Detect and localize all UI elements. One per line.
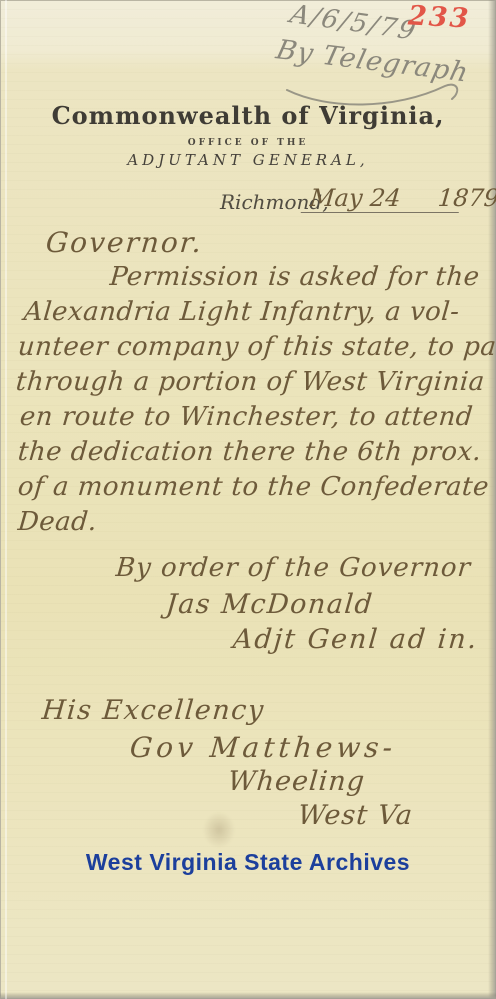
letterhead-office-line: OFFICE OF THE <box>0 138 496 148</box>
addressee-line: Gov Matthews- <box>129 731 398 764</box>
closing-line: By order of the Governor <box>115 553 473 583</box>
letterhead-title: Commonwealth of Virginia, <box>0 101 496 130</box>
signer-title: Adjt Genl ad in. <box>232 624 480 655</box>
body-line: Dead. <box>17 507 99 537</box>
dateline: Richmond, May 24 1879 <box>220 184 494 218</box>
body-line: Permission is asked for the <box>109 262 481 292</box>
body-line: en route to Winchester, to attend <box>19 402 475 432</box>
body-line: unteer company of this state, to pass <box>17 332 496 362</box>
archive-stamp: West Virginia State Archives <box>0 849 496 876</box>
body-line: through a portion of West Virginia <box>15 367 486 397</box>
scanned-letter-page: A/6/5/79 By Telegraph 233 Commonwealth o… <box>0 0 496 999</box>
addressee-line: West Va <box>297 800 415 831</box>
signature: Jas McDonald <box>165 589 375 620</box>
dateline-year: 1879 <box>437 184 496 212</box>
body-line: Alexandria Light Infantry, a vol- <box>23 297 461 327</box>
addressee-line: Wheeling <box>227 766 367 797</box>
body-line: the dedication there the 6th prox. <box>17 437 483 467</box>
paper-smudge <box>203 812 235 848</box>
salutation: Governor. <box>45 226 205 259</box>
archive-page-number: 233 <box>407 0 471 34</box>
scan-edge-bottom <box>0 992 496 999</box>
body-line: of a monument to the Confederate <box>17 472 491 502</box>
addressee-line: His Excellency <box>41 695 266 726</box>
letterhead-department: ADJUTANT GENERAL, <box>0 151 496 169</box>
